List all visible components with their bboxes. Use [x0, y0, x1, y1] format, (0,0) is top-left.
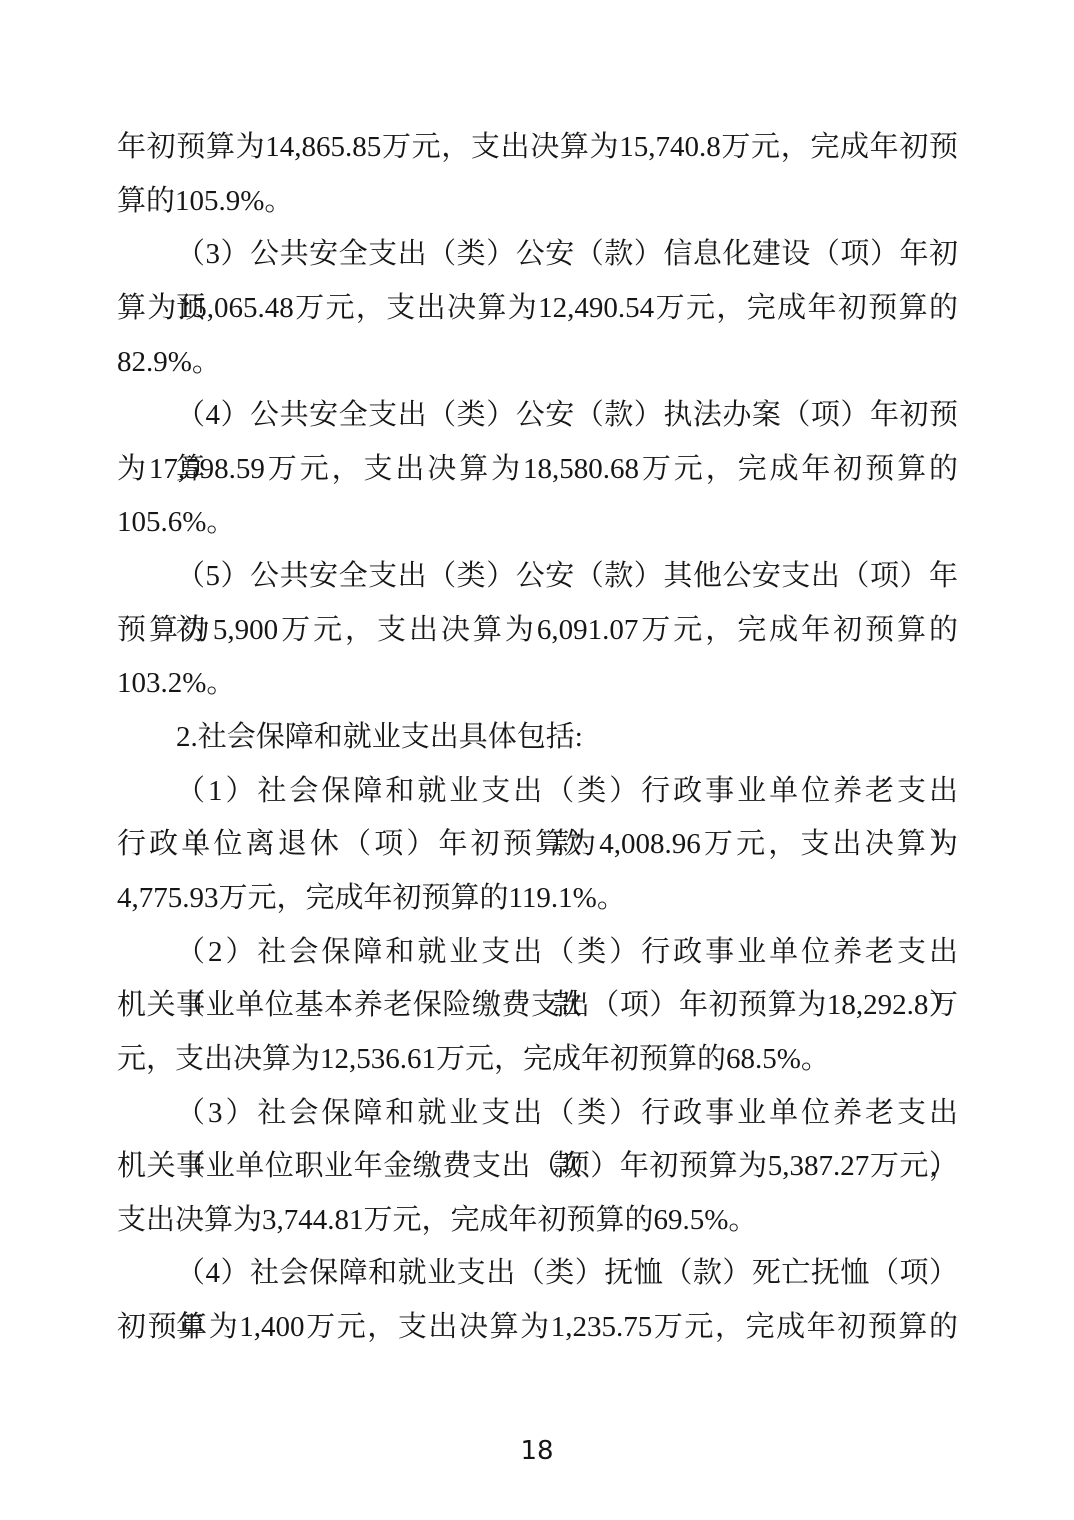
- text-line: 初预算为1,400万元，支出决算为1,235.75万元，完成年初预算的: [117, 1301, 958, 1355]
- text-line: （3）公共安全支出（类）公安（款）信息化建设（项）年初预: [117, 228, 958, 282]
- text-line: 为17,598.59万元，支出决算为18,580.68万元，完成年初预算的: [117, 443, 958, 497]
- text-line: 机关事业单位职业年金缴费支出（项）年初预算为5,387.27万元，: [117, 1140, 958, 1194]
- text-line: 103.2%。: [117, 657, 958, 711]
- document-page: 年初预算为14,865.85万元，支出决算为15,740.8万元，完成年初预算的…: [0, 0, 1074, 1520]
- text-line: 82.9%。: [117, 336, 958, 390]
- text-line: 支出决算为3,744.81万元，完成年初预算的69.5%。: [117, 1194, 958, 1248]
- text-line: 年初预算为14,865.85万元，支出决算为15,740.8万元，完成年初预: [117, 121, 958, 175]
- text-line: 2.社会保障和就业支出具体包括:: [117, 711, 958, 765]
- text-line: （2）社会保障和就业支出（类）行政事业单位养老支出（款）: [117, 926, 958, 980]
- text-line: 4,775.93万元，完成年初预算的119.1%。: [117, 872, 958, 926]
- page-number: 18: [0, 1436, 1074, 1466]
- text-line: 机关事业单位基本养老保险缴费支出（项）年初预算为18,292.8万: [117, 979, 958, 1033]
- text-line: 行政单位离退休（项）年初预算为4,008.96万元，支出决算为: [117, 818, 958, 872]
- text-line: （4）公共安全支出（类）公安（款）执法办案（项）年初预算: [117, 389, 958, 443]
- document-text: 年初预算为14,865.85万元，支出决算为15,740.8万元，完成年初预算的…: [117, 121, 958, 1355]
- text-line: 105.6%。: [117, 496, 958, 550]
- text-line: 元，支出决算为12,536.61万元，完成年初预算的68.5%。: [117, 1033, 958, 1087]
- text-line: （4）社会保障和就业支出（类）抚恤（款）死亡抚恤（项）年: [117, 1247, 958, 1301]
- text-line: 预算为5,900万元，支出决算为6,091.07万元，完成年初预算的: [117, 604, 958, 658]
- text-line: （1）社会保障和就业支出（类）行政事业单位养老支出（款）: [117, 765, 958, 819]
- text-line: （5）公共安全支出（类）公安（款）其他公安支出（项）年初: [117, 550, 958, 604]
- text-line: （3）社会保障和就业支出（类）行政事业单位养老支出（款）: [117, 1087, 958, 1141]
- text-line: 算的105.9%。: [117, 175, 958, 229]
- text-line: 算为15,065.48万元，支出决算为12,490.54万元，完成年初预算的: [117, 282, 958, 336]
